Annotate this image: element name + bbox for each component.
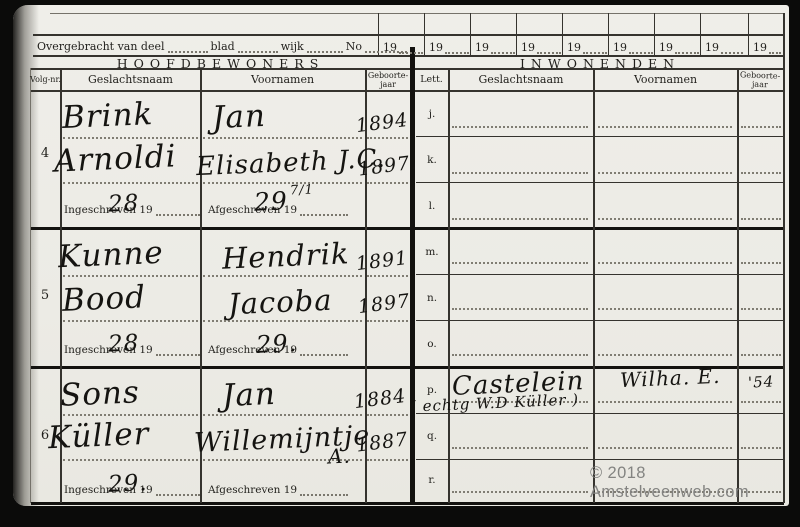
letter-o: o. bbox=[416, 338, 448, 350]
transfer-label: Overgebracht van deel bbox=[37, 40, 165, 53]
grid-line bbox=[416, 320, 784, 321]
dotted-rule bbox=[741, 401, 781, 403]
dotted-fill bbox=[491, 43, 515, 54]
dotted-rule bbox=[452, 354, 588, 356]
letter-m: m. bbox=[416, 246, 448, 258]
dotted-rule bbox=[452, 447, 588, 449]
surname-handwriting: Bood bbox=[61, 279, 146, 319]
volgnr-5: 5 bbox=[30, 288, 60, 303]
grid-line bbox=[737, 68, 739, 503]
blad-label: blad bbox=[211, 40, 235, 53]
dotted-rule bbox=[741, 126, 781, 128]
dotted-rule bbox=[452, 262, 588, 264]
dotted-rule bbox=[63, 459, 198, 461]
dotted-rule bbox=[598, 354, 732, 356]
grid-line bbox=[31, 90, 784, 92]
dotted-fill bbox=[300, 345, 348, 356]
afgeschreven-row-6: Afgeschreven 19 bbox=[208, 484, 348, 496]
dotted-rule bbox=[598, 262, 732, 264]
copyright-watermark: © 2018 Amstelveenweb.com bbox=[590, 464, 800, 502]
dotted-fill bbox=[156, 345, 200, 356]
dotted-rule bbox=[63, 137, 198, 139]
firstname-handwriting: Jan bbox=[221, 376, 276, 414]
year-label: 19 bbox=[429, 41, 443, 54]
year-cell: 19 bbox=[655, 36, 701, 54]
ingeschreven-year-handwriting: 28 bbox=[107, 330, 139, 357]
grid-line bbox=[416, 413, 784, 414]
letter-r: r. bbox=[416, 474, 448, 486]
firstname-handwriting: Jacoba bbox=[227, 283, 333, 322]
grid-line bbox=[593, 68, 595, 503]
afgeschreven-year-handwriting: 29 bbox=[253, 186, 288, 216]
dotted-rule bbox=[203, 320, 362, 322]
surname-handwriting: Arnoldi bbox=[53, 138, 177, 179]
letter-k: k. bbox=[416, 154, 448, 166]
ingeschreven-year-handwriting: 28 bbox=[107, 190, 139, 217]
year-label: 19 bbox=[705, 41, 719, 54]
year-label: 19 bbox=[383, 41, 397, 54]
dotted-fill bbox=[300, 205, 348, 216]
col-header-geslachtsnaam: Geslachtsnaam bbox=[61, 69, 200, 90]
letter-q: q. bbox=[416, 430, 448, 442]
letter-j: j. bbox=[416, 108, 448, 120]
year-label: 19 bbox=[567, 41, 581, 54]
year-cell: 19 bbox=[471, 36, 517, 54]
dotted-fill bbox=[238, 42, 278, 53]
letter-l: l. bbox=[416, 200, 448, 212]
dotted-fill bbox=[769, 43, 781, 54]
wijk-label: wijk bbox=[281, 40, 304, 53]
dotted-fill bbox=[156, 205, 200, 216]
dotted-rule bbox=[367, 182, 408, 184]
grid-line bbox=[31, 227, 784, 230]
year-cell: 19 bbox=[563, 36, 609, 54]
dotted-fill bbox=[307, 42, 343, 53]
dotted-rule bbox=[741, 172, 781, 174]
afgeschreven-date-note: 7/1 bbox=[290, 182, 315, 198]
col-header-lett: Lett. bbox=[415, 69, 448, 90]
year-label: 19 bbox=[753, 41, 767, 54]
surname-handwriting: Kunne bbox=[57, 235, 164, 276]
dotted-rule bbox=[367, 275, 408, 277]
dotted-fill bbox=[583, 43, 607, 54]
year-cell: 19 bbox=[609, 36, 655, 54]
afgeschreven-year-handwriting: 29. bbox=[255, 329, 297, 359]
dotted-rule bbox=[452, 218, 588, 220]
dotted-rule bbox=[63, 320, 198, 322]
inwonende-firstname-handwriting: Wilha. E. bbox=[620, 364, 721, 392]
col-header-geboortejaar: Geboorte-jaar bbox=[365, 69, 411, 90]
year-cell: 19 bbox=[425, 36, 471, 54]
scanned-register-page: Overgebracht van deel blad wijk No 19 19… bbox=[0, 0, 800, 527]
grid-line bbox=[416, 182, 784, 183]
dotted-rule bbox=[598, 218, 732, 220]
dotted-rule bbox=[452, 172, 588, 174]
col-header-voornamen: Voornamen bbox=[200, 69, 365, 90]
transfer-row: Overgebracht van deel blad wijk No bbox=[37, 37, 407, 53]
dotted-rule bbox=[203, 414, 362, 416]
dotted-rule bbox=[598, 308, 732, 310]
dotted-rule bbox=[598, 447, 732, 449]
dotted-rule bbox=[367, 320, 408, 322]
dotted-fill bbox=[156, 485, 200, 496]
dotted-fill bbox=[629, 43, 653, 54]
no-label: No bbox=[346, 40, 362, 53]
afgeschreven-label: Afgeschreven 19 bbox=[208, 484, 297, 496]
year-label: 19 bbox=[613, 41, 627, 54]
year-label: 19 bbox=[659, 41, 673, 54]
col-header-voornamen-inw: Voornamen bbox=[594, 69, 737, 90]
grid-line bbox=[783, 13, 785, 503]
letter-p: p. bbox=[416, 384, 448, 396]
col-header-geslachtsnaam-inw: Geslachtsnaam bbox=[449, 69, 593, 90]
dotted-rule bbox=[598, 401, 732, 403]
dotted-fill bbox=[300, 485, 348, 496]
surname-handwriting: Küller bbox=[47, 416, 150, 456]
dotted-rule bbox=[598, 126, 732, 128]
dotted-fill bbox=[445, 43, 469, 54]
dotted-fill bbox=[399, 43, 423, 54]
dotted-rule bbox=[452, 126, 588, 128]
dotted-rule bbox=[63, 182, 198, 184]
surname-handwriting: Brink bbox=[61, 96, 154, 136]
firstname-initial-handwriting: A. bbox=[327, 444, 351, 469]
dotted-rule bbox=[452, 308, 588, 310]
dotted-rule bbox=[452, 491, 588, 493]
ingeschreven-year-handwriting: 29. bbox=[107, 470, 148, 498]
dotted-rule bbox=[741, 262, 781, 264]
dotted-rule bbox=[367, 137, 408, 139]
year-cell: 19 bbox=[749, 36, 786, 54]
surname-handwriting: Sons bbox=[59, 374, 140, 413]
dotted-rule bbox=[367, 459, 408, 461]
grid-line bbox=[416, 459, 784, 460]
col-header-geboortejaar-inw: Geboorte-jaar bbox=[737, 68, 784, 91]
firstname-handwriting: Hendrik bbox=[221, 236, 350, 276]
dotted-rule bbox=[741, 218, 781, 220]
dotted-rule bbox=[741, 447, 781, 449]
dotted-fill bbox=[537, 43, 561, 54]
grid-line bbox=[50, 13, 783, 14]
col-header-volgnr: Volg-nr. bbox=[30, 69, 61, 90]
grid-line bbox=[31, 502, 784, 505]
dotted-rule bbox=[741, 308, 781, 310]
dotted-fill bbox=[675, 43, 699, 54]
dotted-rule bbox=[367, 414, 408, 416]
letter-n: n. bbox=[416, 292, 448, 304]
grid-line bbox=[416, 274, 784, 275]
grid-line bbox=[416, 136, 784, 137]
dotted-fill bbox=[721, 43, 743, 54]
year-cell: 19 bbox=[701, 36, 749, 54]
dotted-rule bbox=[203, 182, 362, 184]
year-cell: 19 bbox=[379, 36, 425, 54]
dotted-rule bbox=[741, 354, 781, 356]
dotted-rule bbox=[203, 137, 362, 139]
year-label: 19 bbox=[521, 41, 535, 54]
dotted-rule bbox=[598, 172, 732, 174]
dotted-rule bbox=[63, 275, 198, 277]
year-label: 19 bbox=[475, 41, 489, 54]
grid-line bbox=[448, 68, 450, 503]
dotted-fill bbox=[168, 42, 208, 53]
inwonende-birthyear-handwriting: '54 bbox=[748, 372, 775, 391]
year-cell: 19 bbox=[517, 36, 563, 54]
firstname-handwriting: Jan bbox=[211, 98, 266, 136]
